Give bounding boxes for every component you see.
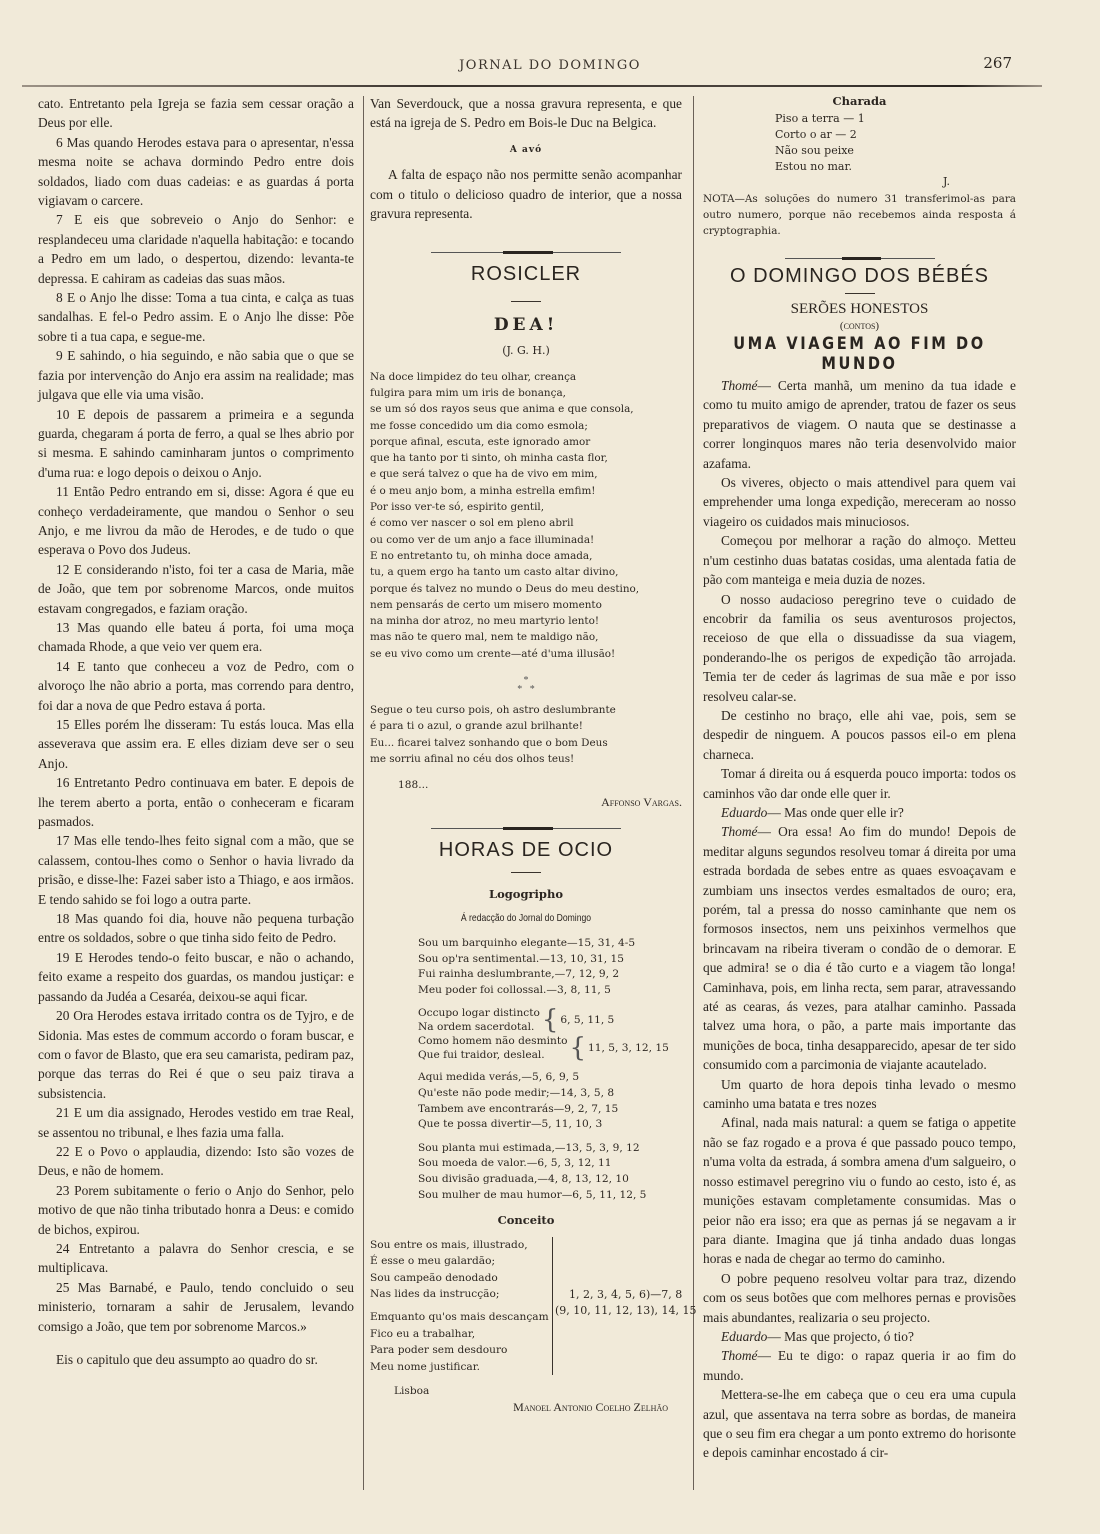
puzzle-line: Estou no mar. [775,159,1016,175]
verse-paragraph: 16 Entretanto Pedro continuava em bater.… [38,773,354,831]
story-paragraph: Thomé— Eu te digo: o rapaz queria ir ao … [703,1346,1016,1385]
intro-paragraph: Van Severdouck, que a nossa gravura repr… [370,94,682,133]
paragraph: cato. Entretanto pela Igreja se fazia se… [38,94,354,133]
poem-line: se um só dos rayos seus que anima e que … [370,401,682,417]
verse-paragraph: 23 Porem subitamente o ferio o Anjo do S… [38,1181,354,1239]
speaker: Thomé [721,1348,757,1363]
short-rule [511,301,541,302]
charada-signature: J. [703,175,1016,189]
newspaper-title: JORNAL DO DOMINGO [0,58,1100,73]
poem-line: Por isso ver-te só, espirito gentil, [370,499,682,515]
verse-paragraph: 19 E Herodes tendo-o feito buscar, e não… [38,948,354,1006]
subheading: SERÕES HONESTOS [703,300,1016,319]
verse-paragraph: 24 Entretanto a palavra do Senhor cresci… [38,1239,354,1278]
column-divider [363,96,364,1490]
puzzle-line: Fui rainha deslumbrante,—7, 12, 9, 2 [418,967,682,983]
brace-icon: { [542,1007,559,1033]
story-paragraph: Um quarto de hora depois tinha levado o … [703,1075,1016,1114]
poem-line: porque és talvez no mundo o Deus do meu … [370,581,682,597]
story-title: UMA VIAGEM AO FIM DO MUNDO [725,335,994,374]
logogripho-stanza-braced: Occupo logar distincto Na ordem sacerdot… [370,1006,682,1062]
story-paragraph: Eduardo— Mas que projecto, ó tio? [703,1327,1016,1346]
puzzle-line: Fico eu a trabalhar, [370,1326,548,1343]
story-paragraph: Afinal, nada mais natural: a quem se fat… [703,1113,1016,1268]
verse-paragraph: 10 E depois de passarem a primeira e a s… [38,405,354,483]
puzzle-author: Manoel Antonio Coelho Zelhão [370,1398,682,1417]
speaker: Thomé [721,378,757,393]
poem-line: se eu vivo como um crente—até d'uma illu… [370,646,682,662]
poem-line: Na doce limpidez do teu olhar, creança [370,369,682,385]
logogripho-heading: Logogripho [370,885,682,904]
puzzle-line: Sou divisão graduada,—4, 8, 13, 12, 10 [418,1172,682,1188]
avo-paragraph: A falta de espaço não nos permitte senão… [370,165,682,223]
story-body: Thomé— Certa manhã, um menino da tua ida… [703,376,1016,1463]
conceito-numbers: 1, 2, 3, 4, 5, 6)—7, 8 (9, 10, 11, 12, 1… [553,1237,697,1376]
story-paragraph: Eduardo— Mas onde quer elle ir? [703,803,1016,822]
puzzle-line: Aqui medida verás,—5, 6, 9, 5 [418,1070,682,1086]
story-paragraph: Thomé— Ora essa! Ao fim do mundo! Depois… [703,822,1016,1074]
verse-paragraph: 17 Mas elle tendo-lhes feito signal com … [38,831,354,909]
poem-date: 188... [370,777,682,793]
puzzle-numbers: 11, 5, 3, 12, 15 [588,1041,669,1055]
puzzle-line: Piso a terra — 1 [775,111,1016,127]
section-divider [431,827,621,829]
puzzle-line: Sou moeda de valor.—6, 5, 3, 12, 11 [418,1156,682,1172]
horas-de-ocio-heading: HORAS DE OCIO [370,841,682,860]
story-paragraph: O pobre pequeno resolveu voltar para tra… [703,1269,1016,1327]
verse-paragraph: 9 E sahindo, o hia seguindo, e não sabia… [38,346,354,404]
masthead: JORNAL DO DOMINGO 267 [0,58,1100,78]
poem-line: mas não te quero mal, nem te maldigo não… [370,629,682,645]
poem-line: fulgira para mim um iris de bonança, [370,385,682,401]
conceito-block: Sou entre os mais, illustrado, É esse o … [370,1237,682,1376]
puzzle-line: Sou mulher de mau humor—6, 5, 11, 12, 5 [418,1188,682,1204]
conceito-heading: Conceito [370,1211,682,1230]
puzzle-line: Sou entre os mais, illustrado, [370,1237,548,1254]
column-scripture: cato. Entretanto pela Igreja se fazia se… [38,94,354,1369]
poem-stanza-final: Segue o teu curso pois, oh astro deslumb… [370,702,682,767]
verse-paragraph: 20 Ora Herodes estava irritado contra os… [38,1006,354,1103]
story-paragraph: Tomar á direita ou á esquerda pouco impo… [703,764,1016,803]
puzzle-line: Corto o ar — 2 [775,127,1016,143]
verse-paragraph: 22 E o Povo o applaudia, dizendo: Isto s… [38,1142,354,1181]
logogripho-stanza: Sou planta mui estimada,—13, 5, 3, 9, 12… [370,1141,682,1203]
poem-line: na minha dor atroz, no meu martyrio lent… [370,613,682,629]
avo-heading: A avó [370,141,682,160]
poem-line: é como ver nascer o sol em pleno abril [370,515,682,531]
verse-paragraph: 15 Elles porém lhe disseram: Tu estás lo… [38,715,354,773]
logogripho-stanza: Aqui medida verás,—5, 6, 9, 5 Qu'este nã… [370,1070,682,1132]
conceito-lines: Sou entre os mais, illustrado, É esse o … [370,1237,553,1376]
puzzle-line: É esse o meu galardão; [370,1253,548,1270]
page-number: 267 [983,54,1012,72]
rosicler-heading: ROSICLER [370,265,682,284]
verse-paragraph: 8 E o Anjo lhe disse: Toma a tua cinta, … [38,288,354,346]
section-heading: O DOMINGO DOS BÉBÉS [703,267,1016,286]
poem-title: DEA! [370,316,682,335]
charada-heading: Charada [703,92,1016,111]
speaker: Eduardo [721,805,767,820]
verse-paragraph: 7 E eis que sobreveio o Anjo do Senhor: … [38,210,354,288]
logogripho-dedication: Á redacção do Jornal do Domingo [398,909,654,928]
verse-paragraph: 6 Mas quando Herodes estava para o apres… [38,133,354,211]
poem-author: Affonso Vargas. [370,793,682,812]
asterism: ** * [370,676,682,694]
poem-line: E no entretanto tu, oh minha doce amada, [370,548,682,564]
story-paragraph: Começou por melhorar a ração do almoço. … [703,531,1016,589]
puzzle-line: Na ordem sacerdotal. [418,1020,540,1034]
puzzle-line: Que fui traidor, desleal. [418,1048,567,1062]
puzzle-line: Sou um barquinho elegante—15, 31, 4-5 [418,936,682,952]
brace-icon: { [569,1035,586,1061]
section-divider [431,251,621,253]
column-childrens-section: Charada Piso a terra — 1 Corto o ar — 2 … [703,94,1016,1463]
speaker: Eduardo [721,1329,767,1344]
verse-paragraph: 14 E tanto que conheceu a voz de Pedro, … [38,657,354,715]
poem-line: é para ti o azul, o grande azul brilhant… [370,718,682,734]
logogripho-stanza: Sou um barquinho elegante—15, 31, 4-5 So… [370,936,682,998]
verse-paragraph: 18 Mas quando foi dia, houve não pequena… [38,909,354,948]
verse-paragraph: 25 Mas Barnabé, e Paulo, tendo concluido… [38,1278,354,1336]
charada-lines: Piso a terra — 1 Corto o ar — 2 Não sou … [703,111,1016,175]
story-paragraph: Os viveres, objecto o mais attendivel pa… [703,473,1016,531]
verse-paragraph: 21 E um dia assignado, Herodes vestido e… [38,1103,354,1142]
poem-line: que ha tanto por ti sinto, oh minha cast… [370,450,682,466]
poem-line: nem pensarás de certo um misero momento [370,597,682,613]
story-paragraph: Thomé— Certa manhã, um menino da tua ida… [703,376,1016,473]
puzzle-line: Não sou peixe [775,143,1016,159]
closing-paragraph: Eis o capitulo que deu assumpto ao quadr… [38,1350,354,1369]
puzzle-line: Para poder sem desdouro [370,1342,548,1359]
verse-paragraph: 12 E considerando n'isto, foi ter a casa… [38,560,354,618]
puzzle-line: Sou campeão denodado [370,1270,548,1287]
puzzle-line: Sou op'ra sentimental.—13, 10, 31, 15 [418,952,682,968]
poem-line: tu, a quem ergo ha tanto um casto altar … [370,564,682,580]
verse-paragraph: 13 Mas quando elle bateu á porta, foi um… [38,618,354,657]
story-paragraph: O nosso audacioso peregrino teve o cuida… [703,590,1016,706]
puzzle-line: Nas lides da instrucção; [370,1286,548,1303]
puzzle-line: Sou planta mui estimada,—13, 5, 3, 9, 12 [418,1141,682,1157]
subheading-note: (contos) [703,319,1016,333]
nota-paragraph: NOTA—As soluções do numero 31 transferim… [703,191,1016,239]
speaker: Thomé [721,824,757,839]
poem-line: é o meu anjo bom, a minha estrella emfim… [370,483,682,499]
puzzle-line: Como homem não desminto [418,1034,567,1048]
puzzle-line: Meu nome justificar. [370,1359,548,1376]
puzzle-line: Qu'este não pode medir;—14, 3, 5, 8 [418,1086,682,1102]
poem-line: ou como ver de um anjo a face illuminada… [370,532,682,548]
poem-line: e que será talvez o que ha de vivo em mi… [370,466,682,482]
newspaper-page: JORNAL DO DOMINGO 267 cato. Entretanto p… [0,0,1100,1534]
puzzle-line: Que te possa divertir—5, 11, 10, 3 [418,1117,682,1133]
poem-line: Segue o teu curso pois, oh astro deslumb… [370,702,682,718]
poem-initials: (J. G. H.) [370,341,682,360]
poem-line: Eu... ficarei talvez sonhando que o bom … [370,735,682,751]
header-rule [22,85,1042,87]
puzzle-numbers: 6, 5, 11, 5 [560,1013,614,1027]
section-divider [785,257,935,259]
short-rule [511,872,541,873]
story-paragraph: Mettera-se-lhe em cabeça que o ceu era u… [703,1385,1016,1463]
story-paragraph: De cestinho no braço, elle ahi vae, pois… [703,706,1016,764]
poem-line: me sorriu afinal no céu dos olhos teus! [370,751,682,767]
column-poetry-puzzles: Van Severdouck, que a nossa gravura repr… [370,94,682,1417]
puzzle-line: Emquanto qu'os mais descançam [370,1309,548,1326]
poem-line: me fosse concedido um dia como esmola; [370,418,682,434]
short-rule [845,293,875,294]
poem-line: porque afinal, escuta, este ignorado amo… [370,434,682,450]
puzzle-line: Occupo logar distincto [418,1006,540,1020]
verse-paragraph: 11 Então Pedro entrando em si, disse: Ag… [38,482,354,560]
puzzle-line: Tambem ave encontrarás—9, 2, 7, 15 [418,1102,682,1118]
puzzle-line: Meu poder foi collossal.—3, 8, 11, 5 [418,983,682,999]
poem-stanza: Na doce limpidez do teu olhar, creança f… [370,369,682,662]
